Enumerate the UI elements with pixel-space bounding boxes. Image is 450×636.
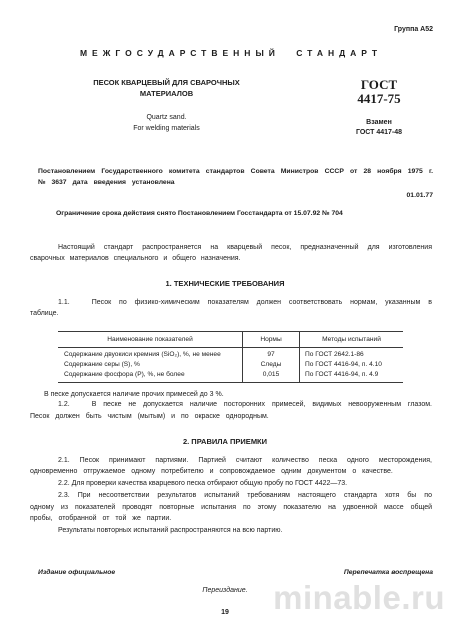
cell-method: По ГОСТ 4416-94, п. 4.9: [300, 370, 404, 383]
table-row: Содержание фосфора (Р), %, не более 0,01…: [58, 370, 403, 383]
section1-heading: 1. ТЕХНИЧЕСКИЕ ТРЕБОВАНИЯ: [0, 279, 450, 288]
col-header-indicator: Наименование показателей: [58, 332, 243, 348]
paragraph-2-2: 2.2. Для проверки качества кварцевого пе…: [30, 478, 432, 489]
col-header-methods: Методы испытаний: [300, 332, 404, 348]
table-header-row: Наименование показателей Нормы Методы ис…: [58, 332, 403, 348]
title-en-line1: Quartz sand.: [14, 113, 319, 124]
table-row: Содержание серы (S), % Следы По ГОСТ 441…: [58, 360, 403, 370]
gost-label: ГОСТ: [319, 78, 439, 92]
paragraph-1-2: 1.2.В песке не допускается наличие посто…: [30, 399, 432, 421]
standard-type-header: МЕЖГОСУДАРСТВЕННЫЙ СТАНДАРТ: [0, 48, 450, 58]
cell-indicator: Содержание серы (S), %: [58, 360, 243, 370]
official-edition-label: Издание официальное: [38, 569, 115, 576]
paragraph-2-3-result: Результаты повторных испытаний распростр…: [30, 525, 432, 536]
spec-table: Наименование показателей Нормы Методы ис…: [58, 331, 403, 383]
replaces-label: Взамен: [319, 118, 439, 129]
title-english: Quartz sand. For welding materials: [14, 113, 319, 135]
paragraph-2-1: 2.1. Песок принимают партиями. Партией с…: [30, 455, 432, 477]
cell-method: По ГОСТ 2642.1-86: [300, 348, 404, 360]
document-page: Группа А52 МЕЖГОСУДАРСТВЕННЫЙ СТАНДАРТ П…: [0, 0, 450, 636]
gost-designation: ГОСТ 4417-75: [319, 78, 439, 107]
gost-number-block: ГОСТ 4417-75 Взамен ГОСТ 4417-48: [319, 78, 439, 139]
replaces-block: Взамен ГОСТ 4417-48: [319, 118, 439, 140]
cell-norm: 0,015: [243, 370, 300, 383]
paragraph-1-2-text: В песке не допускается наличие посторонн…: [30, 401, 432, 419]
watermark-text: minable.ru: [273, 579, 445, 617]
cell-norm: Следы: [243, 360, 300, 370]
cell-method: По ГОСТ 4416-94, п. 4.10: [300, 360, 404, 370]
cell-indicator: Содержание двуокиси кремния (SiO₂), %, н…: [58, 348, 243, 360]
group-label: Группа А52: [0, 0, 450, 33]
cell-norm: 97: [243, 348, 300, 360]
effective-date: 01.01.77: [0, 192, 433, 199]
cell-indicator: Содержание фосфора (Р), %, не более: [58, 370, 243, 383]
title-ru-line2: МАТЕРИАЛОВ: [14, 89, 319, 100]
replaces-number: ГОСТ 4417-48: [319, 128, 439, 139]
title-block: ПЕСОК КВАРЦЕВЫЙ ДЛЯ СВАРОЧНЫХ МАТЕРИАЛОВ…: [0, 78, 450, 139]
table-note: В песке допускается наличие прочих приме…: [44, 391, 432, 398]
title-en-line2: For welding materials: [14, 124, 319, 135]
title-ru-line1: ПЕСОК КВАРЦЕВЫЙ ДЛЯ СВАРОЧНЫХ: [14, 78, 319, 89]
scope-paragraph: Настоящий стандарт распространяется на к…: [30, 242, 432, 264]
col-header-norms: Нормы: [243, 332, 300, 348]
paragraph-2-3: 2.3. При несоответствии результатов испы…: [30, 490, 432, 524]
gost-number: 4417-75: [319, 92, 439, 106]
section2-heading: 2. ПРАВИЛА ПРИЕМКИ: [0, 437, 450, 446]
footer-row: Издание официальное Перепечатка воспреще…: [38, 569, 433, 576]
reprint-prohibited-label: Перепечатка воспрещена: [344, 569, 433, 576]
table-row: Содержание двуокиси кремния (SiO₂), %, н…: [58, 348, 403, 360]
paragraph-1-1-text: Песок по физико-химическим показателям д…: [30, 299, 432, 317]
paragraph-1-2-number: 1.2.: [58, 401, 70, 408]
title-russian: ПЕСОК КВАРЦЕВЫЙ ДЛЯ СВАРОЧНЫХ МАТЕРИАЛОВ: [14, 78, 319, 100]
paragraph-1-1: 1.1.Песок по физико-химическим показател…: [30, 297, 432, 319]
paragraph-1-1-number: 1.1.: [58, 299, 70, 306]
decree-paragraph: Постановлением Государственного комитета…: [38, 166, 433, 188]
title-left-column: ПЕСОК КВАРЦЕВЫЙ ДЛЯ СВАРОЧНЫХ МАТЕРИАЛОВ…: [0, 78, 319, 139]
limitation-note: Ограничение срока действия снято Постано…: [56, 210, 433, 217]
